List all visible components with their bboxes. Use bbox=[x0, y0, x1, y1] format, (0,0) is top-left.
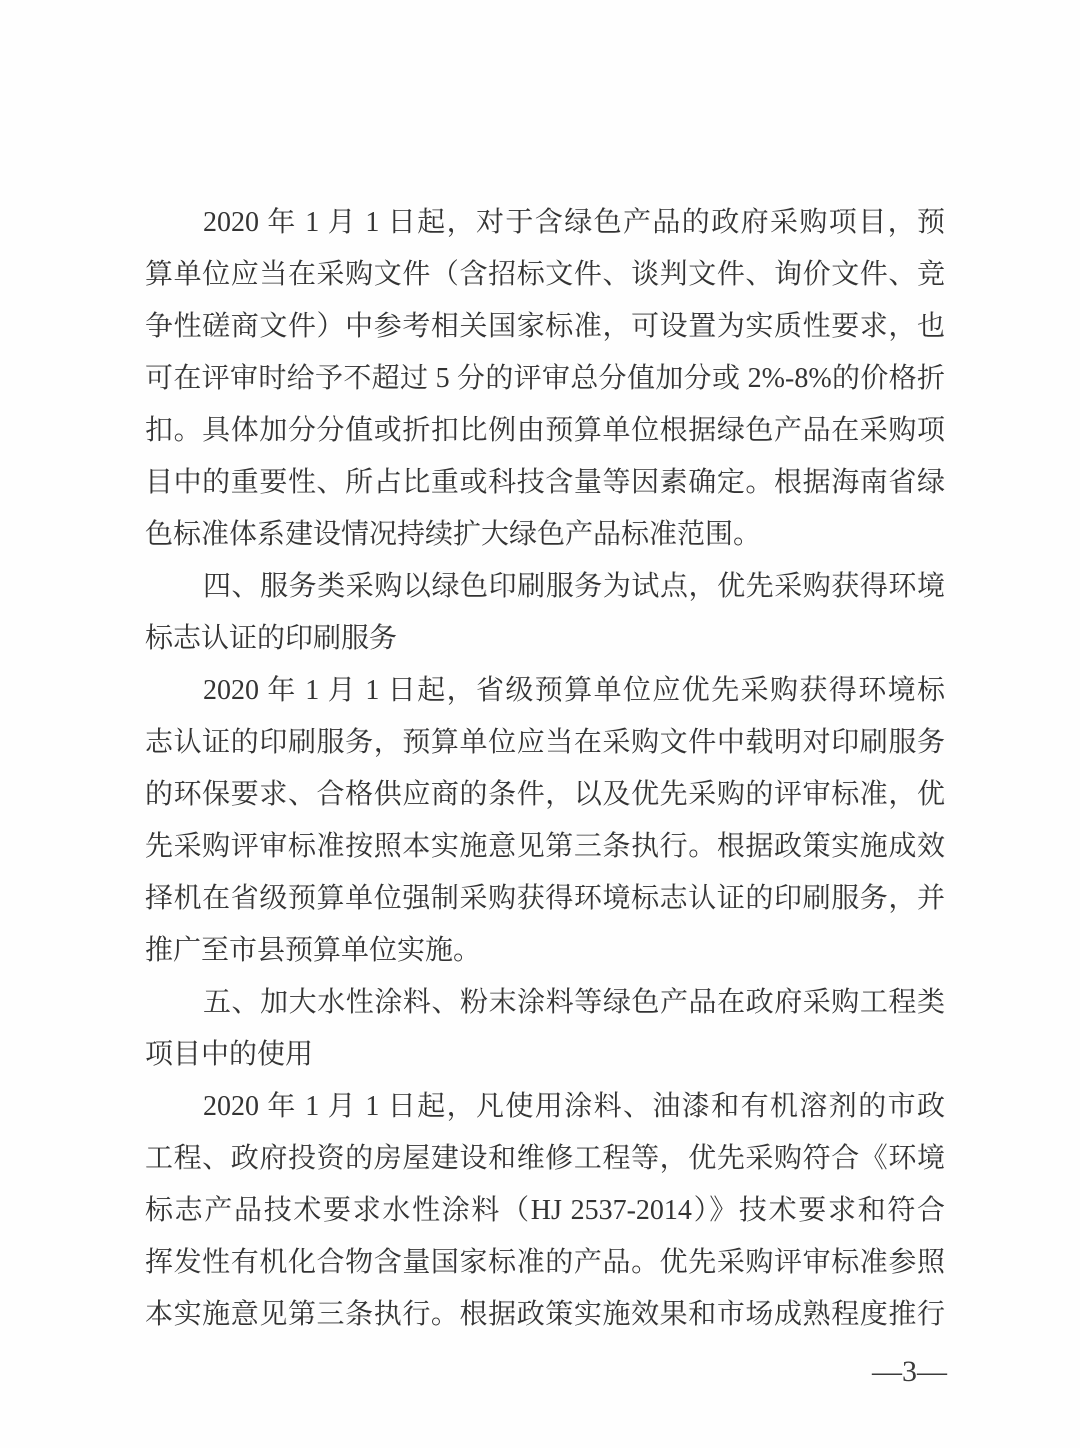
text-line: 工程、政府投资的房屋建设和维修工程等，优先采购符合《环境 bbox=[145, 1133, 945, 1185]
document-body: 2020 年 1 月 1 日起，对于含绿色产品的政府采购项目，预算单位应当在采购… bbox=[145, 197, 945, 1341]
text-line: 挥发性有机化合物含量国家标准的产品。优先采购评审标准参照 bbox=[145, 1237, 945, 1289]
text-line: 标志认证的印刷服务 bbox=[145, 613, 945, 665]
text-line: 可在评审时给予不超过 5 分的评审总分值加分或 2%-8%的价格折 bbox=[145, 353, 945, 405]
text-line: 2020 年 1 月 1 日起，对于含绿色产品的政府采购项目，预 bbox=[145, 197, 945, 249]
text-line: 四、服务类采购以绿色印刷服务为试点，优先采购获得环境 bbox=[145, 561, 945, 613]
text-line: 争性磋商文件）中参考相关国家标准，可设置为实质性要求，也 bbox=[145, 301, 945, 353]
text-line: 色标准体系建设情况持续扩大绿色产品标准范围。 bbox=[145, 509, 945, 561]
text-line: 的环保要求、合格供应商的条件，以及优先采购的评审标准，优 bbox=[145, 769, 945, 821]
text-line: 目中的重要性、所占比重或科技含量等因素确定。根据海南省绿 bbox=[145, 457, 945, 509]
text-line: 算单位应当在采购文件（含招标文件、谈判文件、询价文件、竞 bbox=[145, 249, 945, 301]
document-page: 2020 年 1 月 1 日起，对于含绿色产品的政府采购项目，预算单位应当在采购… bbox=[0, 0, 1080, 1448]
text-line: 项目中的使用 bbox=[145, 1029, 945, 1081]
text-line: 先采购评审标准按照本实施意见第三条执行。根据政策实施成效 bbox=[145, 821, 945, 873]
text-line: 2020 年 1 月 1 日起，凡使用涂料、油漆和有机溶剂的市政 bbox=[145, 1081, 945, 1133]
page-number: —3— bbox=[872, 1352, 947, 1392]
text-line: 志认证的印刷服务，预算单位应当在采购文件中载明对印刷服务 bbox=[145, 717, 945, 769]
text-line: 择机在省级预算单位强制采购获得环境标志认证的印刷服务，并 bbox=[145, 873, 945, 925]
text-line: 本实施意见第三条执行。根据政策实施效果和市场成熟程度推行 bbox=[145, 1289, 945, 1341]
text-line: 五、加大水性涂料、粉末涂料等绿色产品在政府采购工程类 bbox=[145, 977, 945, 1029]
text-line: 扣。具体加分分值或折扣比例由预算单位根据绿色产品在采购项 bbox=[145, 405, 945, 457]
text-line: 标志产品技术要求水性涂料（HJ 2537-2014）》技术要求和符合 bbox=[145, 1185, 945, 1237]
text-line: 2020 年 1 月 1 日起，省级预算单位应优先采购获得环境标 bbox=[145, 665, 945, 717]
text-line: 推广至市县预算单位实施。 bbox=[145, 925, 945, 977]
